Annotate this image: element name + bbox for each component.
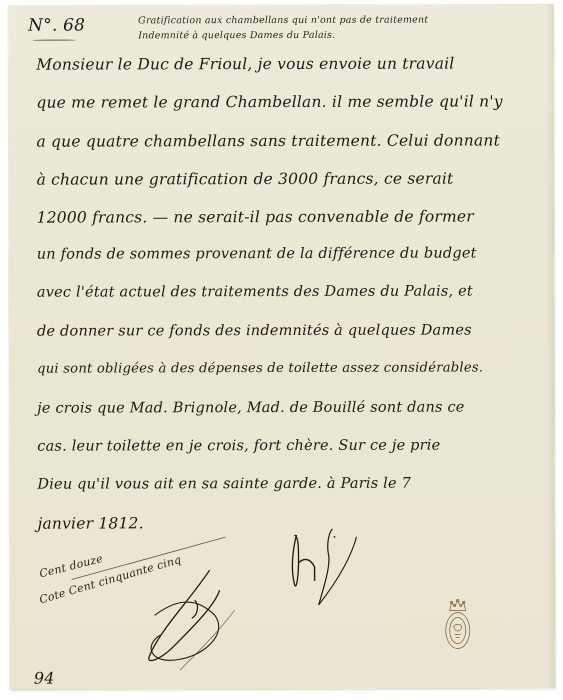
body-line: 12000 francs. — ne serait-il pas convena…	[37, 207, 474, 226]
body-line: Dieu qu'il vous ait en sa sainte garde. …	[37, 476, 411, 493]
manuscript-page: N°. 68 Gratification aux chambellans qui…	[8, 4, 555, 689]
header-summary-line-2: Indemnité à quelques Dames du Palais.	[138, 28, 428, 44]
body-line: qui sont obligées à des dépenses de toil…	[37, 360, 483, 376]
body-line: cas. leur toilette en je crois, fort chè…	[37, 438, 440, 455]
body-line: de donner sur ce fonds des indemnités à …	[37, 323, 472, 340]
body-line: Monsieur le Duc de Frioul, je vous envoi…	[36, 55, 454, 74]
header-summary: Gratification aux chambellans qui n'ont …	[138, 13, 428, 44]
body-line: janvier 1812.	[37, 514, 143, 532]
body-line: a que quatre chambellans sans traitement…	[36, 131, 500, 150]
body-line: que me remet le grand Chambellan. il me …	[36, 92, 502, 111]
signature	[284, 525, 374, 610]
document-number: N°. 68	[28, 16, 85, 36]
library-crest-stamp-icon	[443, 597, 473, 653]
body-line: je crois que Mad. Brignole, Mad. de Boui…	[37, 400, 464, 417]
folio-number: 94	[34, 669, 55, 688]
document-number-underline	[32, 40, 76, 41]
body-line: un fonds de sommes provenant de la diffé…	[37, 245, 477, 262]
body-line: avec l'état actuel des traitements des D…	[37, 283, 473, 300]
header-summary-line-1: Gratification aux chambellans qui n'ont …	[138, 13, 428, 29]
paraph-flourish	[120, 560, 240, 670]
body-line: à chacun une gratification de 3000 franc…	[37, 170, 454, 189]
